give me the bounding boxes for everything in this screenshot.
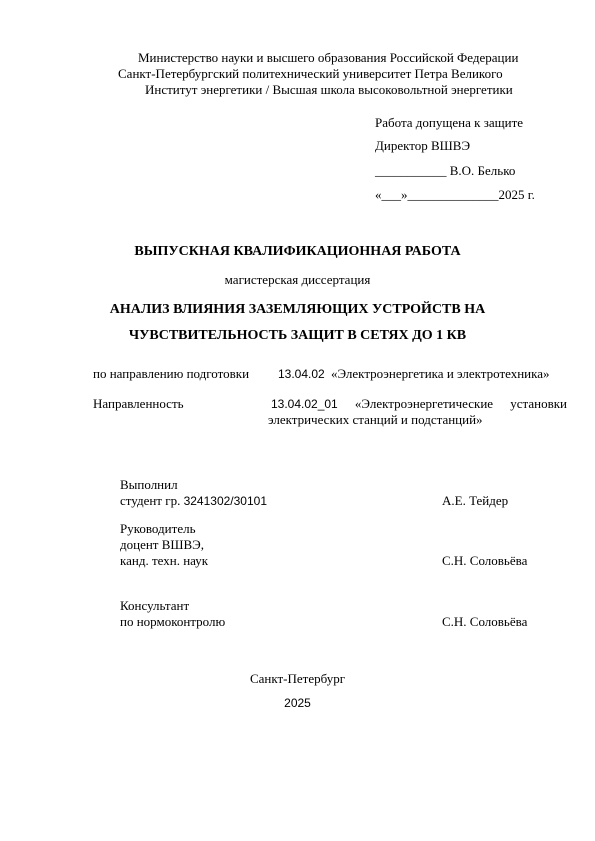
- author-name: А.Е. Тейдер: [442, 493, 508, 509]
- supervisor-position: доцент ВШВЭ,: [120, 537, 204, 553]
- approval-date-line: «___»______________2025 г.: [375, 187, 535, 203]
- university-line: Санкт-Петербургский политехнический унив…: [118, 66, 503, 82]
- focus-name-word-2: установки: [510, 396, 567, 412]
- author-role: Выполнил: [120, 477, 178, 493]
- supervisor-role: Руководитель: [120, 521, 196, 537]
- direction-code: 13.04.02: [278, 366, 325, 382]
- ministry-line: Министерство науки и высшего образования…: [138, 50, 518, 66]
- approval-admitted: Работа допущена к защите: [375, 115, 523, 131]
- approval-position: Директор ВШВЭ: [375, 138, 470, 154]
- thesis-title-line-2: ЧУВСТВИТЕЛЬНОСТЬ ЗАЩИТ В СЕТЯХ ДО 1 КВ: [0, 328, 595, 344]
- author-group-prefix: студент гр.: [120, 493, 180, 508]
- author-group-number: 3241302/30101: [184, 494, 267, 508]
- consultant-role: Консультант: [120, 598, 189, 614]
- focus-value-line-2: электрических станций и подстанций»: [268, 412, 567, 428]
- author-group: студент гр. 3241302/30101: [120, 493, 267, 509]
- consultant-area: по нормоконтролю: [120, 614, 225, 630]
- document-type: ВЫПУСКНАЯ КВАЛИФИКАЦИОННАЯ РАБОТА: [0, 244, 595, 260]
- document-subtype: магистерская диссертация: [0, 272, 595, 288]
- supervisor-degree: канд. техн. наук: [120, 553, 208, 569]
- city: Санкт-Петербург: [0, 671, 595, 687]
- direction-label: по направлению подготовки: [93, 366, 249, 382]
- approval-signature-line: ___________ В.О. Белько: [375, 163, 515, 179]
- focus-value: 13.04.02_01 «Электроэнергетические устан…: [268, 396, 567, 428]
- consultant-name: С.Н. Соловьёва: [442, 614, 527, 630]
- thesis-title-line-1: АНАЛИЗ ВЛИЯНИЯ ЗАЗЕМЛЯЮЩИХ УСТРОЙСТВ НА: [0, 302, 595, 318]
- institute-line: Институт энергетики / Высшая школа высок…: [145, 82, 513, 98]
- focus-name-word-1: «Электроэнергетические: [355, 396, 493, 412]
- focus-value-line-1: 13.04.02_01 «Электроэнергетические устан…: [268, 396, 567, 412]
- year: 2025: [0, 695, 595, 711]
- direction-name: «Электроэнергетика и электротехника»: [331, 366, 550, 382]
- focus-code: 13.04.02_01: [271, 396, 338, 412]
- focus-label: Направленность: [93, 396, 184, 412]
- supervisor-name: С.Н. Соловьёва: [442, 553, 527, 569]
